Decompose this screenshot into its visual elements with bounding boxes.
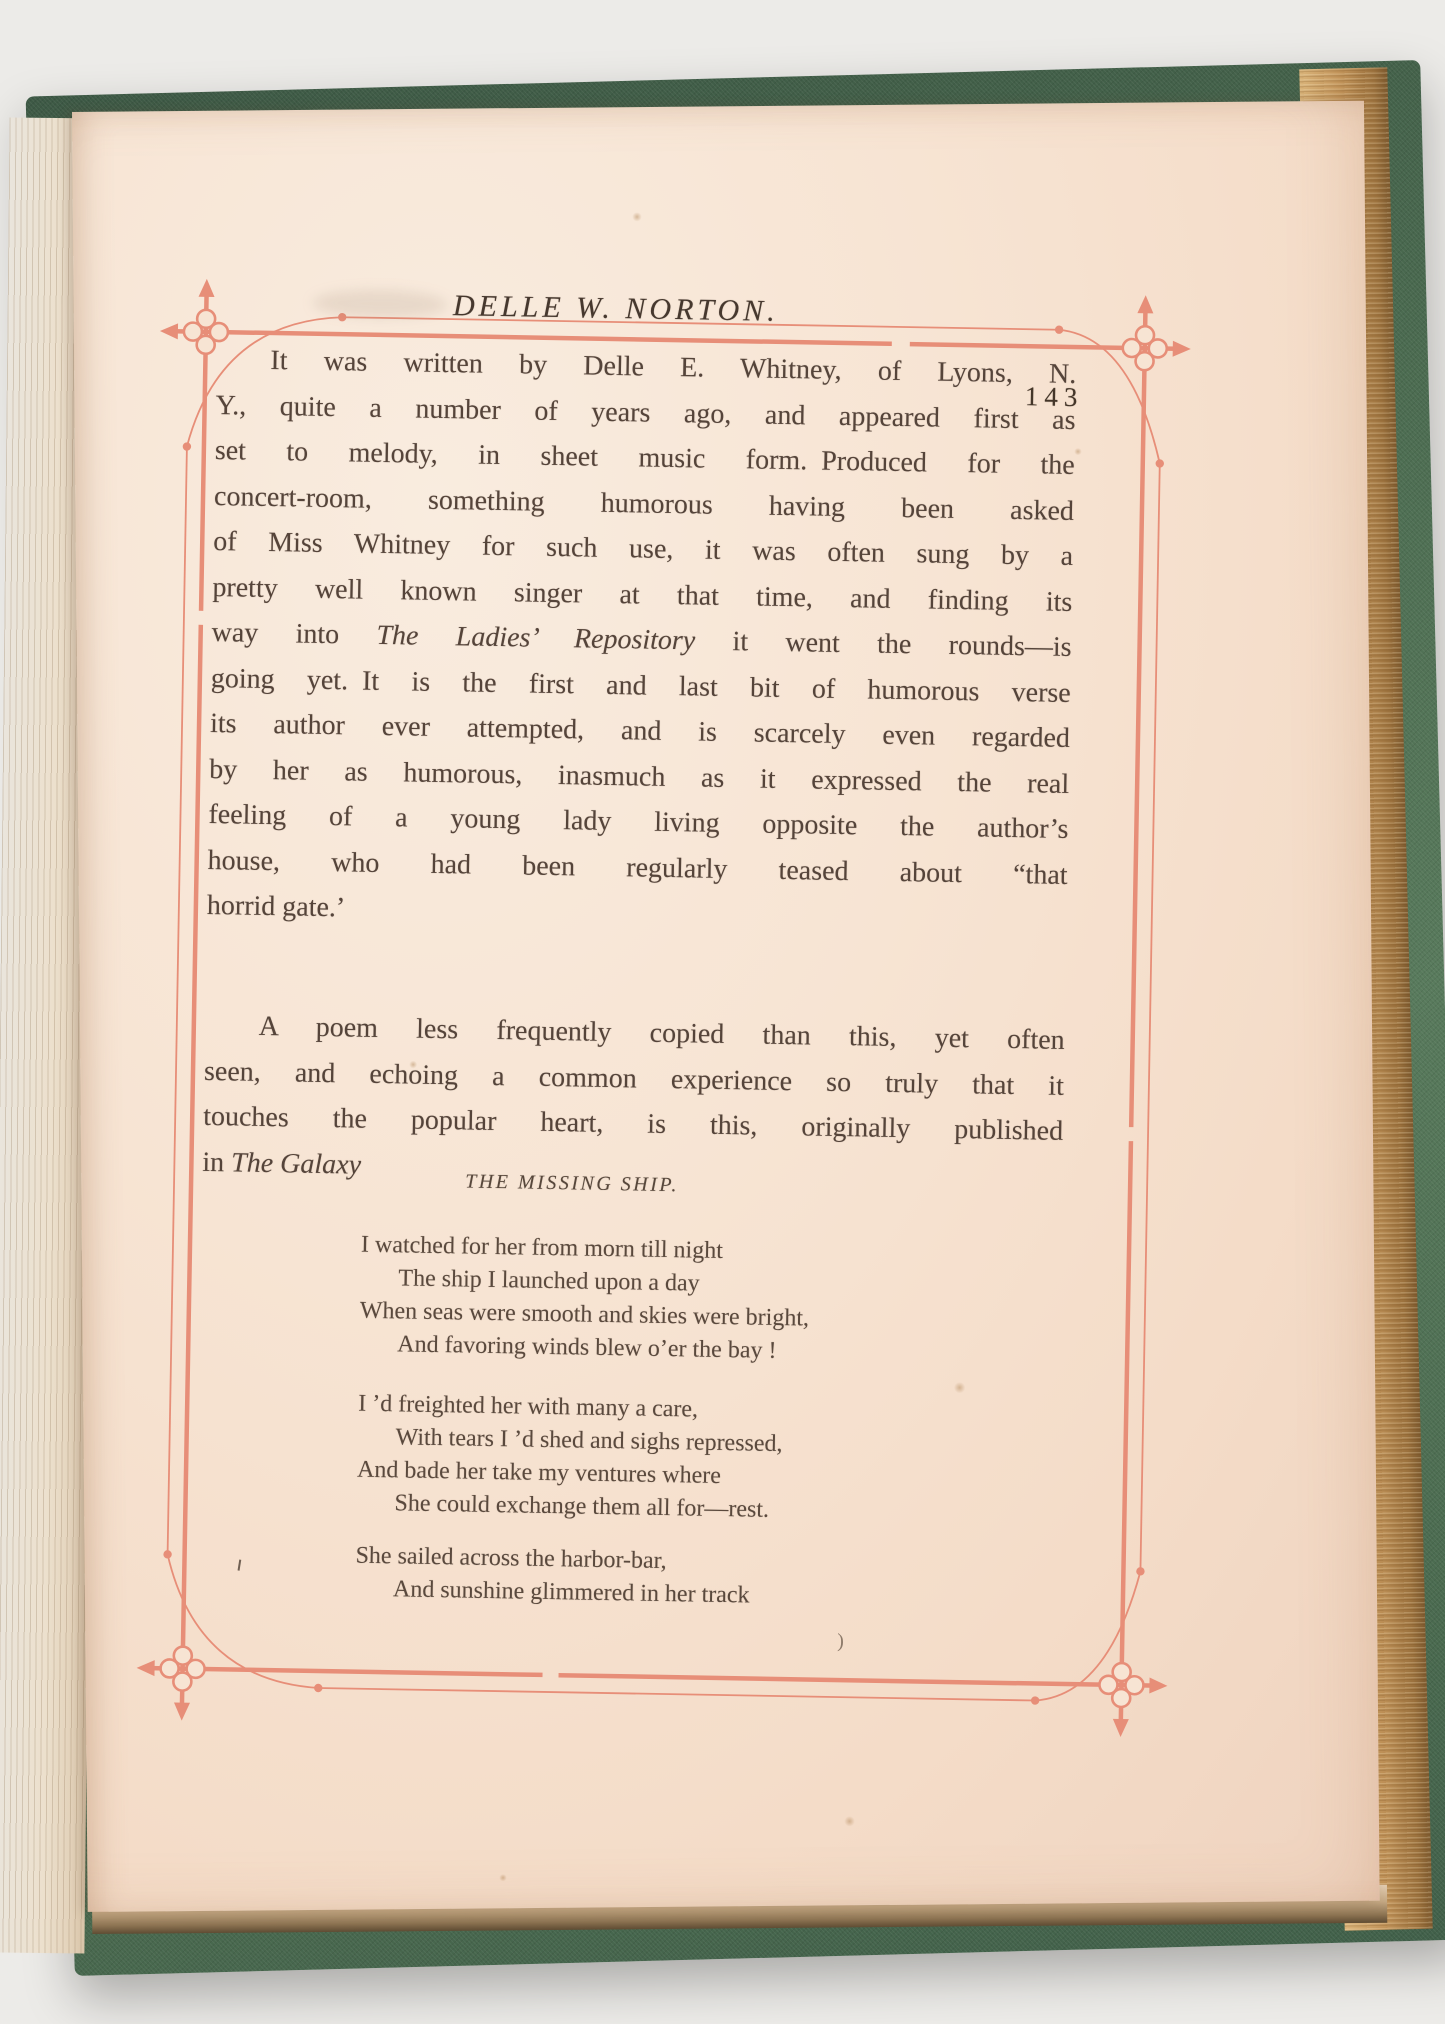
running-head: DELLE W. NORTON.	[206, 285, 1145, 335]
frame-rule-left-thin	[168, 447, 187, 1555]
page-content: DELLE W. NORTON. 143 It was written by D…	[46, 109, 1369, 1931]
book-page: DELLE W. NORTON. 143 It was written by D…	[72, 101, 1380, 1912]
foxing-spot	[499, 1874, 507, 1881]
foxing-spot	[632, 212, 642, 221]
foxing-spot	[1074, 448, 1082, 455]
frame-rule-bottom-thick	[151, 1668, 1154, 1686]
frame-rule-right-thin	[1140, 464, 1159, 1572]
frame-rule-bottom-thin	[318, 1688, 1035, 1701]
quatrefoil-bottom-left	[160, 1646, 205, 1691]
italic-journal-title: The Ladies’ Repository	[376, 620, 695, 657]
paragraph-1: It was written by Delle E. Whitney, of L…	[207, 337, 1077, 943]
poem-stanza-2: I ’d freighted her with many a care, Wit…	[196, 1385, 1018, 1531]
frame-rule-right-thick	[1121, 309, 1146, 1723]
poem-stanza-3: She sailed across the harbor-bar, And su…	[195, 1537, 1016, 1617]
corner-arc-bottom-right	[1035, 1570, 1140, 1703]
book-photo: { "header": { "running_title": "DELLE W.…	[0, 0, 1445, 2024]
foxing-spot	[844, 1816, 855, 1826]
line-segment: it went the rounds—is	[695, 625, 1072, 663]
quatrefoil-bottom-right	[1099, 1663, 1144, 1708]
foxing-spot	[954, 1382, 966, 1393]
poem-stanza-1: I watched for her from morn till night T…	[199, 1226, 1021, 1372]
stray-paren-mark: )	[837, 1630, 844, 1653]
line-segment: way into	[211, 617, 376, 651]
